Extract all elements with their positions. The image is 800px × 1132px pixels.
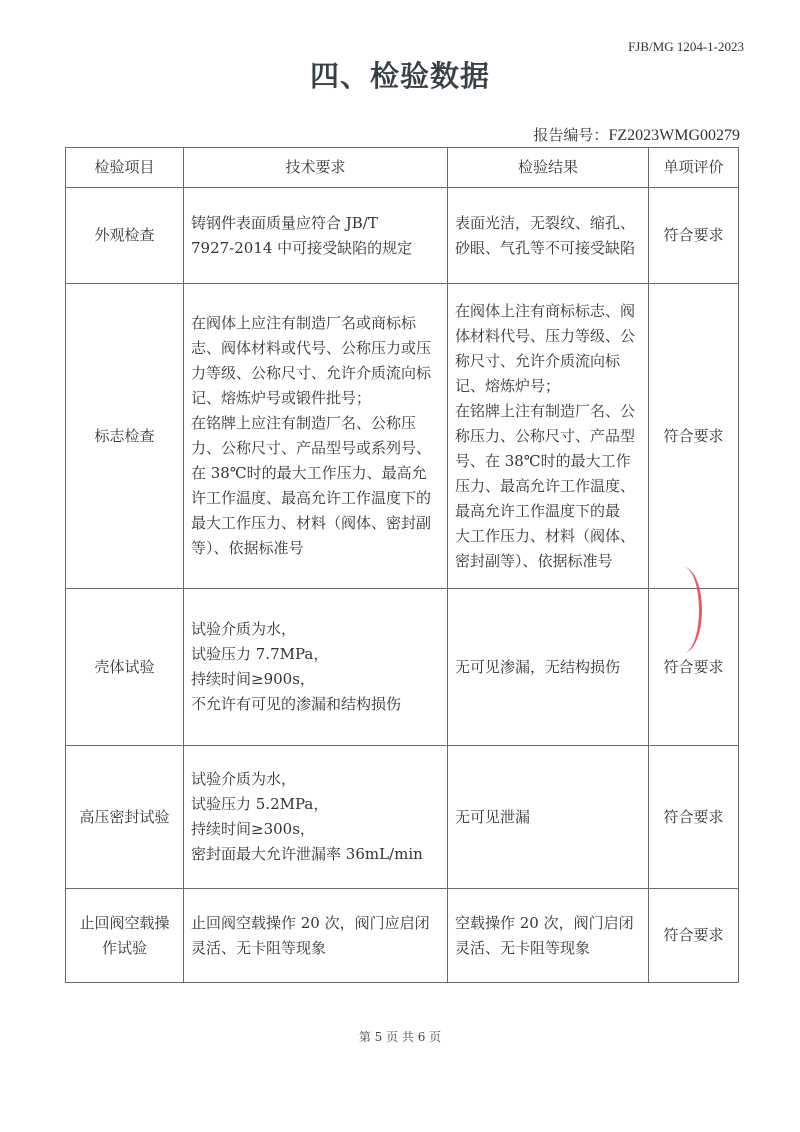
- document-code: FJB/MG 1204-1-2023: [628, 39, 744, 55]
- evaluation-text: 符合要求: [663, 658, 723, 676]
- cell-line: 标志检查: [72, 424, 177, 449]
- cell-line: 试验压力 5.2MPa，: [191, 792, 441, 817]
- cell-line: 志、阀体材料或代号、公称压力或压: [191, 336, 441, 361]
- report-number-value: FZ2023WMG00279: [608, 127, 740, 144]
- cell-line: 空载操作 20 次，阀门启闭: [455, 911, 642, 936]
- requirement-cell: 试验介质为水， 试验压力 7.7MPa， 持续时间≥900s， 不允许有可见的渗…: [184, 589, 448, 746]
- evaluation-cell: 符合要求: [649, 746, 739, 889]
- cell-line: 试验压力 7.7MPa，: [191, 642, 441, 667]
- table-row: 标志检查 在阀体上应注有制造厂名或商标标 志、阀体材料或代号、公称压力或压 力等…: [66, 284, 739, 589]
- cell-line: 记、熔炼炉号或锻件批号；: [191, 386, 441, 411]
- cell-line: 作试验: [72, 936, 177, 961]
- evaluation-cell: 符合要求: [649, 188, 739, 284]
- result-cell: 无可见渗漏，无结构损伤: [448, 589, 649, 746]
- cell-line: 持续时间≥900s，: [191, 667, 441, 692]
- cell-line: 止回阀空载操: [72, 911, 177, 936]
- cell-line: 称尺寸、允许介质流向标: [455, 349, 642, 374]
- seal-stamp-mark: [665, 567, 702, 653]
- cell-line: 密封副等）、依据标准号: [455, 549, 642, 574]
- inspection-data-table: 检验项目 技术要求 检验结果 单项评价 外观检查 铸钢件表面质量应符合 JB/T…: [65, 147, 739, 983]
- cell-line: 称压力、公称尺寸、产品型: [455, 424, 642, 449]
- cell-line: 力、公称尺寸、产品型号或系列号、: [191, 436, 441, 461]
- item-cell: 止回阀空载操 作试验: [66, 889, 184, 983]
- cell-line: 不允许有可见的渗漏和结构损伤: [191, 692, 441, 717]
- result-cell: 表面光洁，无裂纹、缩孔、 砂眼、气孔等不可接受缺陷: [448, 188, 649, 284]
- cell-line: 在 38℃时的最大工作压力、最高允: [191, 461, 441, 486]
- cell-line: 壳体试验: [72, 655, 177, 680]
- cell-line: 灵活、无卡阻等现象: [455, 936, 642, 961]
- page-title: 四、检验数据: [0, 54, 800, 95]
- cell-line: 铸钢件表面质量应符合 JB/T: [191, 211, 441, 236]
- column-header-result: 检验结果: [448, 148, 649, 188]
- item-cell: 外观检查: [66, 188, 184, 284]
- cell-line: 砂眼、气孔等不可接受缺陷: [455, 236, 642, 261]
- cell-line: 最大工作压力、材料（阀体、密封副: [191, 511, 441, 536]
- cell-line: 密封面最大允许泄漏率 36mL/min: [191, 842, 441, 867]
- cell-line: 高压密封试验: [72, 805, 177, 830]
- evaluation-cell: 符合要求: [649, 589, 739, 746]
- cell-line: 许工作温度、最高允许工作温度下的: [191, 486, 441, 511]
- cell-line: 7927-2014 中可接受缺陷的规定: [191, 236, 441, 261]
- cell-line: 最高允许工作温度下的最: [455, 499, 642, 524]
- result-cell: 无可见泄漏: [448, 746, 649, 889]
- cell-line: 止回阀空载操作 20 次，阀门应启闭: [191, 911, 441, 936]
- requirement-cell: 在阀体上应注有制造厂名或商标标 志、阀体材料或代号、公称压力或压 力等级、公称尺…: [184, 284, 448, 589]
- cell-line: 等）、依据标准号: [191, 536, 441, 561]
- cell-line: 表面光洁，无裂纹、缩孔、: [455, 211, 642, 236]
- table-row: 外观检查 铸钢件表面质量应符合 JB/T 7927-2014 中可接受缺陷的规定…: [66, 188, 739, 284]
- cell-line: 在阀体上应注有制造厂名或商标标: [191, 311, 441, 336]
- cell-line: 体材料代号、压力等级、公: [455, 324, 642, 349]
- cell-line: 持续时间≥300s，: [191, 817, 441, 842]
- column-header-evaluation: 单项评价: [649, 148, 739, 188]
- result-cell: 在阀体上注有商标标志、阀 体材料代号、压力等级、公 称尺寸、允许介质流向标 记、…: [448, 284, 649, 589]
- requirement-cell: 铸钢件表面质量应符合 JB/T 7927-2014 中可接受缺陷的规定: [184, 188, 448, 284]
- evaluation-cell: 符合要求: [649, 284, 739, 589]
- item-cell: 标志检查: [66, 284, 184, 589]
- result-cell: 空载操作 20 次，阀门启闭 灵活、无卡阻等现象: [448, 889, 649, 983]
- cell-line: 外观检查: [72, 223, 177, 248]
- column-header-requirement: 技术要求: [184, 148, 448, 188]
- evaluation-cell: 符合要求: [649, 889, 739, 983]
- table-header-row: 检验项目 技术要求 检验结果 单项评价: [66, 148, 739, 188]
- cell-line: 无可见渗漏，无结构损伤: [455, 655, 642, 680]
- page-number: 第 5 页 共 6 页: [0, 1028, 800, 1045]
- report-number-label: 报告编号：: [533, 126, 608, 144]
- item-cell: 高压密封试验: [66, 746, 184, 889]
- cell-line: 力等级、公称尺寸、允许介质流向标: [191, 361, 441, 386]
- cell-line: 大工作压力、材料（阀体、: [455, 524, 642, 549]
- requirement-cell: 试验介质为水， 试验压力 5.2MPa， 持续时间≥300s， 密封面最大允许泄…: [184, 746, 448, 889]
- cell-line: 试验介质为水，: [191, 617, 441, 642]
- cell-line: 无可见泄漏: [455, 805, 642, 830]
- cell-line: 在阀体上注有商标标志、阀: [455, 299, 642, 324]
- cell-line: 压力、最高允许工作温度、: [455, 474, 642, 499]
- table-row: 高压密封试验 试验介质为水， 试验压力 5.2MPa， 持续时间≥300s， 密…: [66, 746, 739, 889]
- column-header-item: 检验项目: [66, 148, 184, 188]
- cell-line: 在铭牌上应注有制造厂名、公称压: [191, 411, 441, 436]
- requirement-cell: 止回阀空载操作 20 次，阀门应启闭 灵活、无卡阻等现象: [184, 889, 448, 983]
- report-number: 报告编号：FZ2023WMG00279: [533, 124, 740, 145]
- item-cell: 壳体试验: [66, 589, 184, 746]
- cell-line: 灵活、无卡阻等现象: [191, 936, 441, 961]
- cell-line: 记、熔炼炉号；: [455, 374, 642, 399]
- table-row: 壳体试验 试验介质为水， 试验压力 7.7MPa， 持续时间≥900s， 不允许…: [66, 589, 739, 746]
- table-row: 止回阀空载操 作试验 止回阀空载操作 20 次，阀门应启闭 灵活、无卡阻等现象 …: [66, 889, 739, 983]
- cell-line: 试验介质为水，: [191, 767, 441, 792]
- cell-line: 号、在 38℃时的最大工作: [455, 449, 642, 474]
- cell-line: 在铭牌上注有制造厂名、公: [455, 399, 642, 424]
